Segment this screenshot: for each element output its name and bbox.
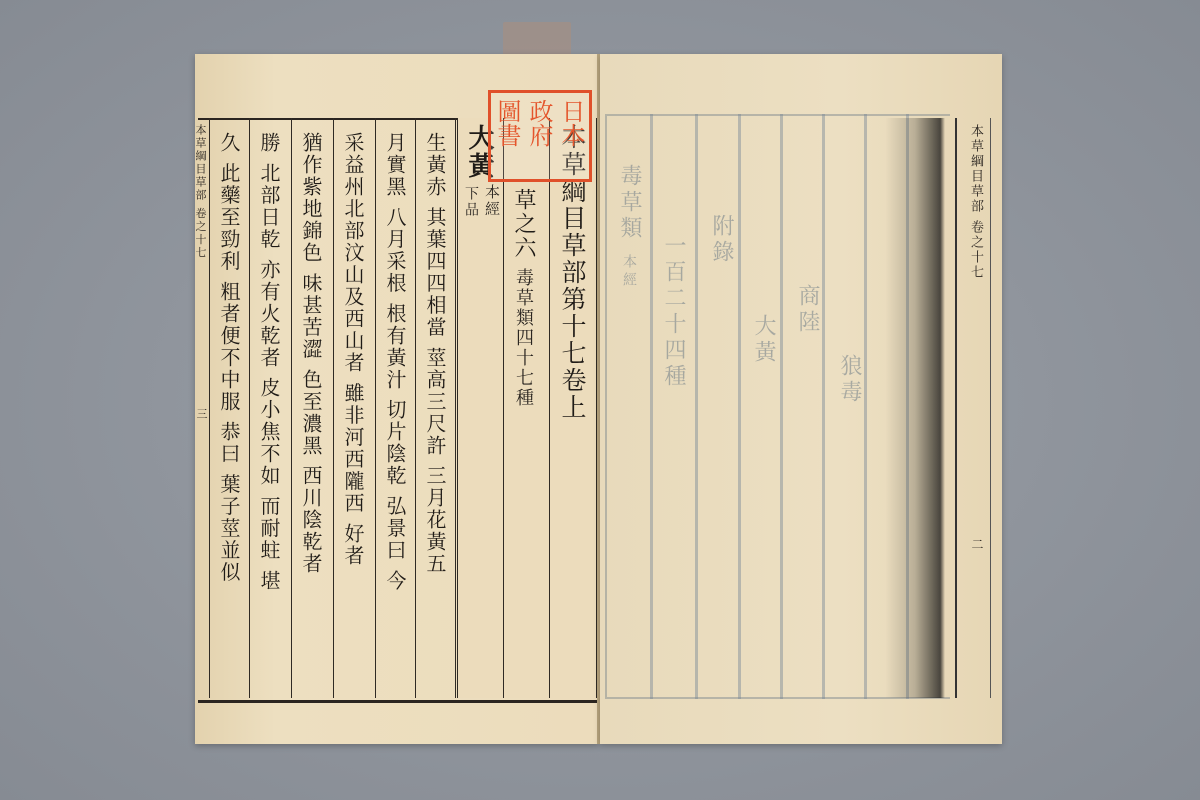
show-through-text-5: 大黃 — [752, 314, 774, 366]
page-number: 三 — [196, 408, 207, 421]
section-sub: 草之六 — [512, 188, 534, 260]
block-center-column: 本草綱目草部 卷之十七 三 — [195, 118, 210, 698]
text-c5: 月實黑 八月采根 根有黃汁 切片陰乾 弘景曰 今 — [385, 132, 405, 592]
text-c7: 猶作紫地錦色 味甚苦澀 色至濃黑 西川陰乾者 — [301, 132, 321, 575]
right-margin-column: 本草綱目草部 卷之十七 二 — [955, 118, 991, 698]
main-title-column: 本草綱目草部第十七卷上 — [549, 118, 598, 698]
text-c6: 采益州北部汶山及西山者 雖非河西隴西 好者 — [343, 132, 363, 567]
show-through-rule — [864, 114, 867, 699]
seal-col-3: 圖書 — [495, 99, 519, 147]
show-through-text-7: 狼毒 — [838, 354, 860, 406]
entry-grade: 下品 — [464, 186, 478, 218]
ink-smudge-edge — [885, 118, 945, 698]
show-through-text-2: 本經 — [622, 254, 636, 290]
seal-col-2: 政府 — [527, 99, 551, 147]
collector-seal: 日本 政府 圖書 — [488, 90, 592, 182]
right-page: 毒草類 本經 一百二十四種 附錄 大黃 商陸 狼毒 本草綱目草部 卷之十七 二 — [600, 54, 1002, 744]
section-note: 毒草類四十七種 — [514, 268, 532, 408]
open-book: 本草綱目草部 卷之十七 三 久 此藥至勁利 粗者便不中服 恭曰 葉子莖並似 勝 … — [195, 54, 1005, 744]
text-c8: 勝 北部日乾 亦有火乾者 皮小焦不如 而耐蛀 堪 — [259, 132, 279, 592]
show-through-rule — [650, 114, 653, 699]
text-c4: 生黃赤 其葉四四相當 莖高三尺許 三月花黃五 — [425, 132, 445, 575]
show-through-text-6: 商陸 — [796, 284, 818, 336]
entry-source: 本經 — [484, 184, 499, 218]
show-through-text-3: 一百二十四種 — [662, 234, 684, 390]
seal-col-1: 日本 — [559, 99, 583, 147]
show-through-text-4: 附錄 — [710, 214, 732, 266]
show-through-text-1: 毒草類 — [618, 164, 640, 242]
text-c9: 久 此藥至勁利 粗者便不中服 恭曰 葉子莖並似 — [219, 132, 239, 583]
title-area: 大黃 本經 下品 草之六 毒草類四十七種 本草綱目草部第十七卷上 — [457, 118, 597, 698]
show-through-rule — [822, 114, 825, 699]
subtitle-column: 草之六 毒草類四十七種 — [503, 118, 550, 698]
show-through-rule — [780, 114, 783, 699]
entry-title-column: 大黃 本經 下品 — [457, 118, 504, 698]
show-through-rule — [738, 114, 741, 699]
margin-text: 本草綱目草部 卷之十七 — [969, 124, 982, 280]
margin-page-number: 二 — [971, 538, 983, 552]
block-center-text: 本草綱目草部 卷之十七 — [195, 124, 206, 260]
show-through-rule — [695, 114, 698, 699]
